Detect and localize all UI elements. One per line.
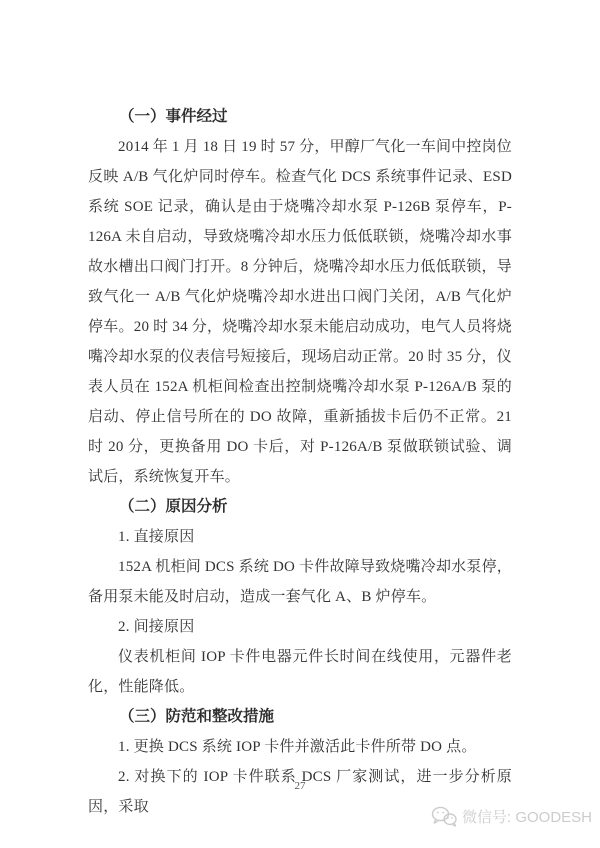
- watermark-text: 微信号: GOODESH: [462, 806, 592, 827]
- paragraph-indirect-cause: 仪表机柜间 IOP 卡件电器元件长时间在线使用，元器件老化，性能降低。: [88, 642, 512, 702]
- paragraph-indirect-cause-label: 2. 间接原因: [88, 612, 512, 642]
- section-heading-cause-analysis: （二）原因分析: [88, 492, 512, 522]
- wechat-icon: [431, 806, 457, 827]
- paragraph-direct-cause-label: 1. 直接原因: [88, 522, 512, 552]
- section-heading-incident-process: （一）事件经过: [88, 102, 512, 132]
- section-heading-prevention-measures: （三）防范和整改措施: [88, 702, 512, 732]
- paragraph-incident-process: 2014 年 1 月 18 日 19 时 57 分，甲醇厂气化一车间中控岗位反映…: [88, 132, 512, 492]
- wechat-watermark: 微信号: GOODESH: [431, 806, 592, 827]
- paragraph-measure-1: 1. 更换 DCS 系统 IOP 卡件并激活此卡件所带 DO 点。: [88, 732, 512, 762]
- document-page: （一）事件经过 2014 年 1 月 18 日 19 时 57 分，甲醇厂气化一…: [0, 0, 600, 848]
- page-number: 27: [0, 780, 600, 792]
- paragraph-direct-cause: 152A 机柜间 DCS 系统 DO 卡件故障导致烧嘴冷却水泵停，备用泵未能及时…: [88, 552, 512, 612]
- document-content: （一）事件经过 2014 年 1 月 18 日 19 时 57 分，甲醇厂气化一…: [88, 102, 512, 822]
